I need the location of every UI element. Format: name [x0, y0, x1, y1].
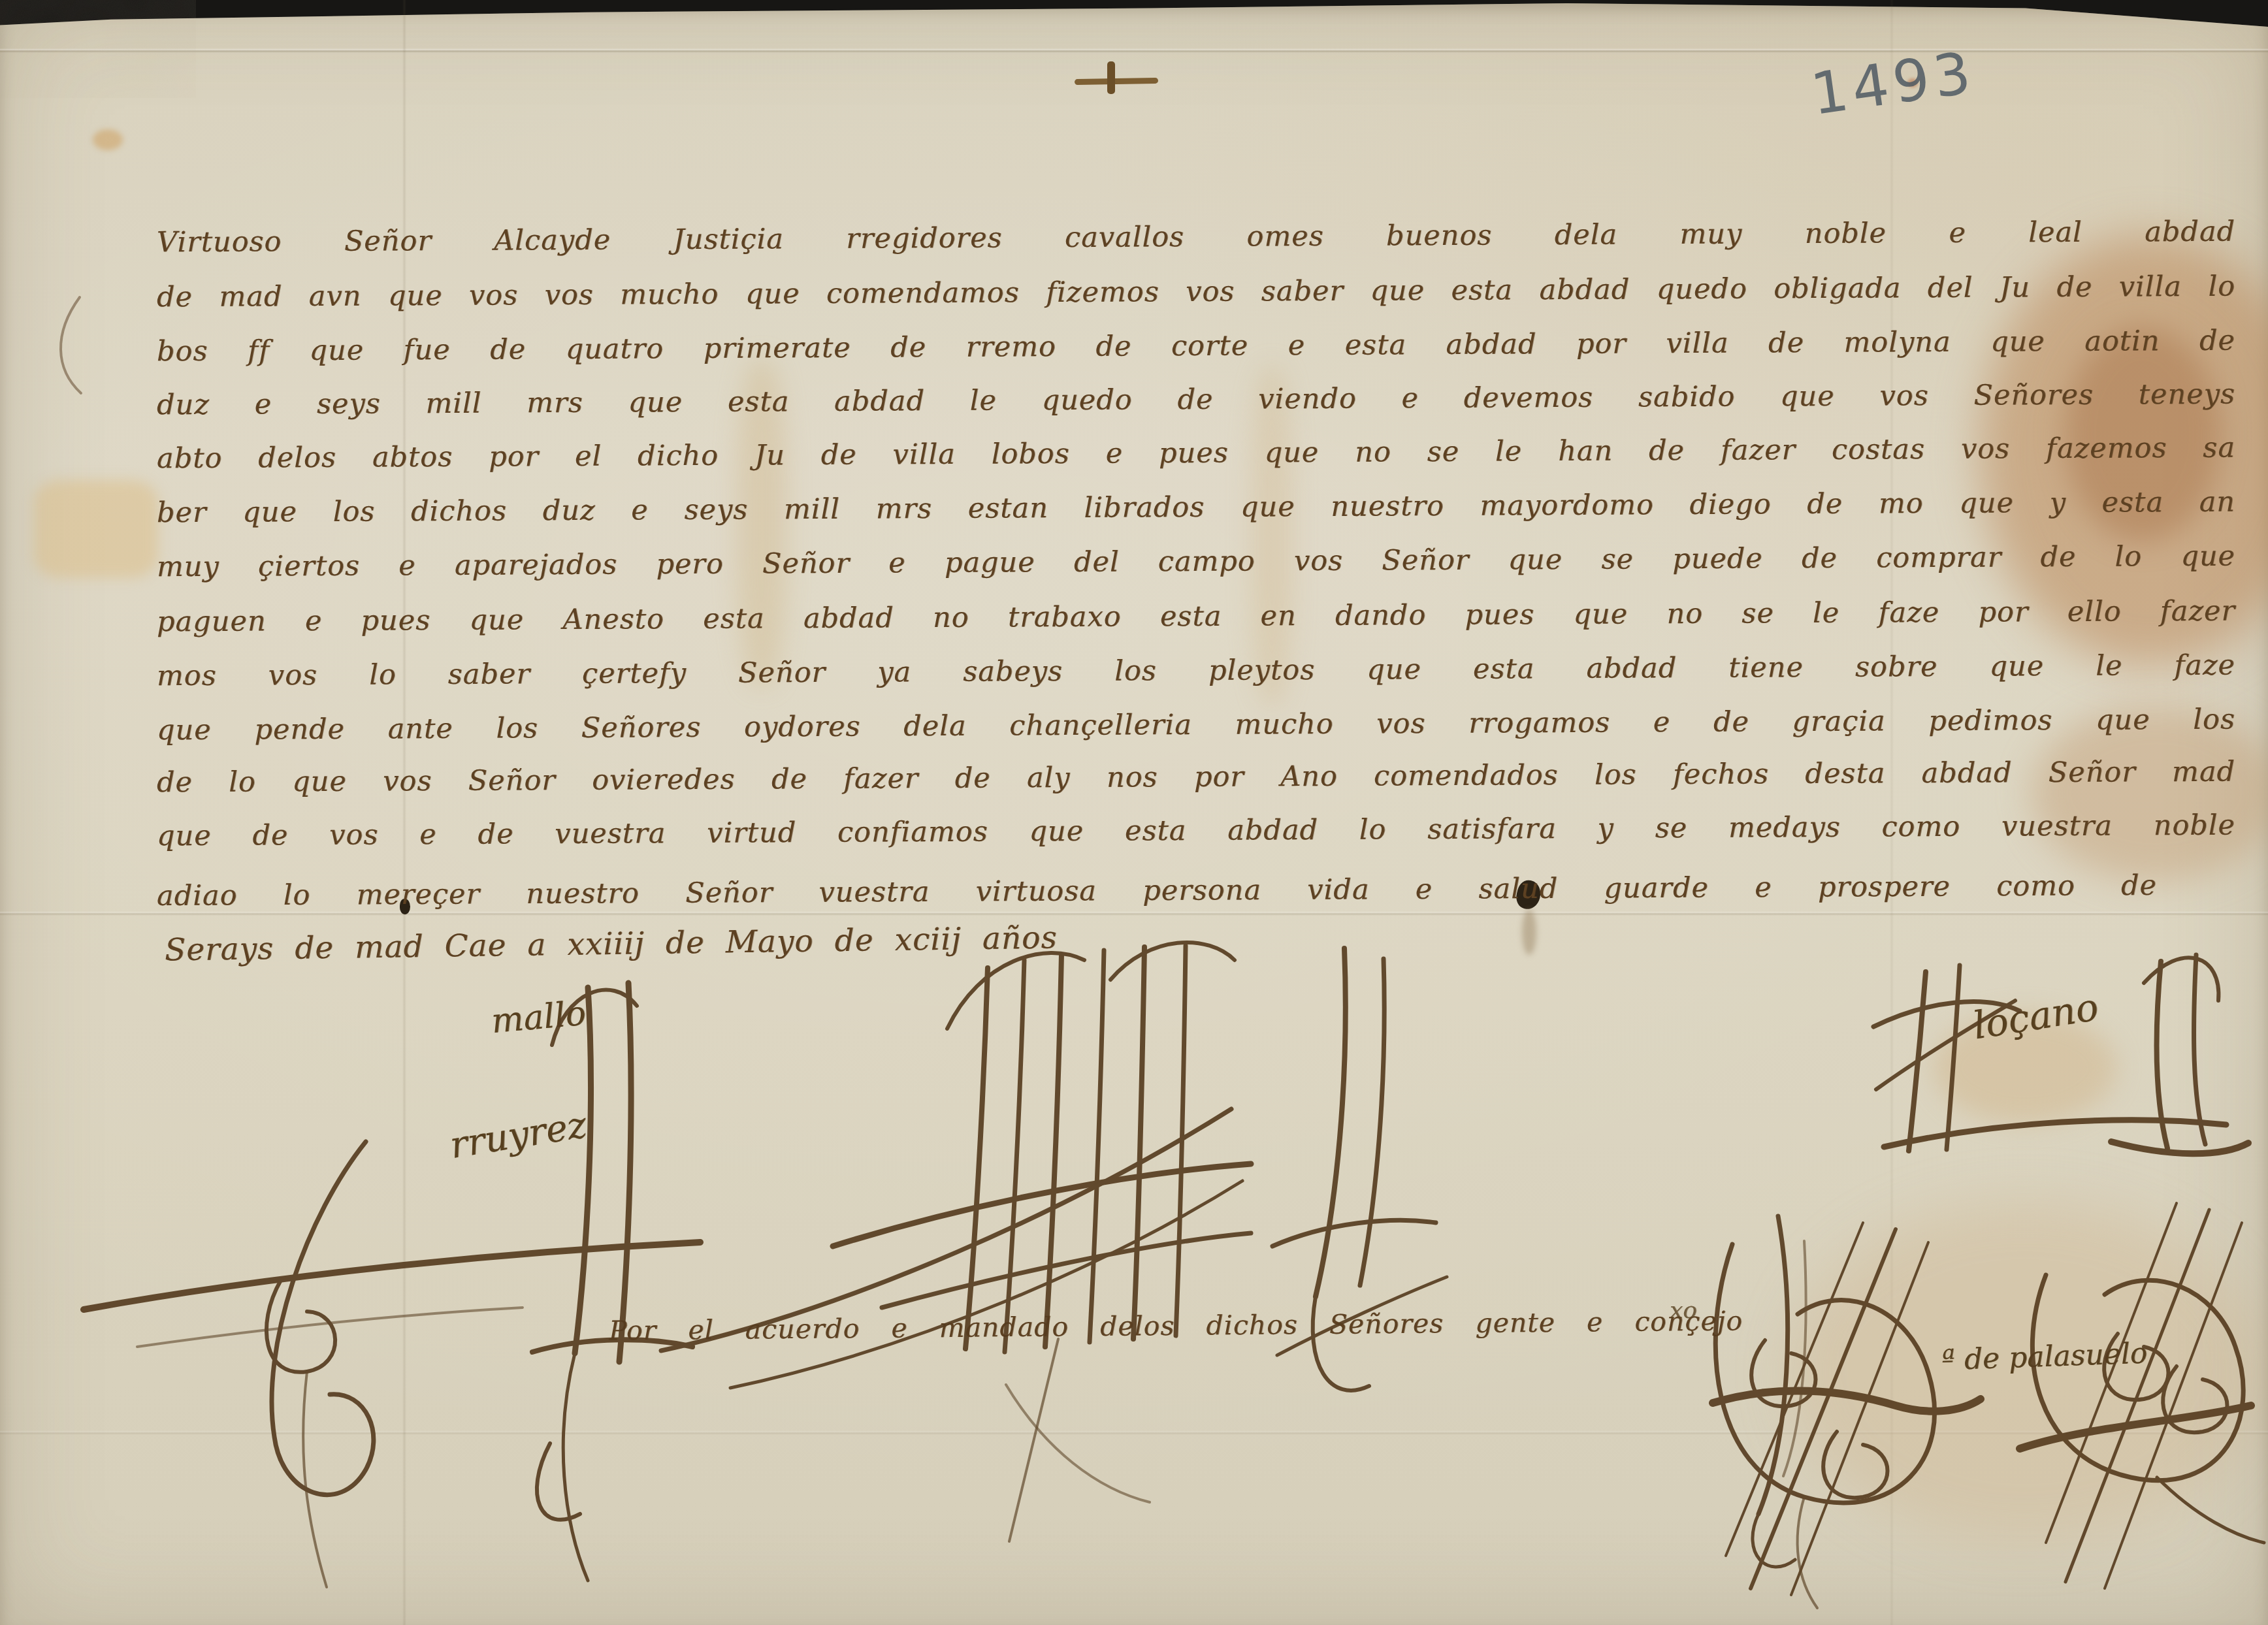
fold-crease-bottom: [0, 1430, 2268, 1435]
signature-name-mallo: mallo: [490, 994, 588, 1041]
invocation-cross-mark: [1075, 61, 1159, 95]
signature-mark-xo: xo: [1670, 1297, 1697, 1324]
manuscript-photograph: 1493 Virtuoso Señor Alcayde Justiçia rre…: [0, 0, 2268, 1625]
fold-crease-middle: [0, 911, 2268, 916]
